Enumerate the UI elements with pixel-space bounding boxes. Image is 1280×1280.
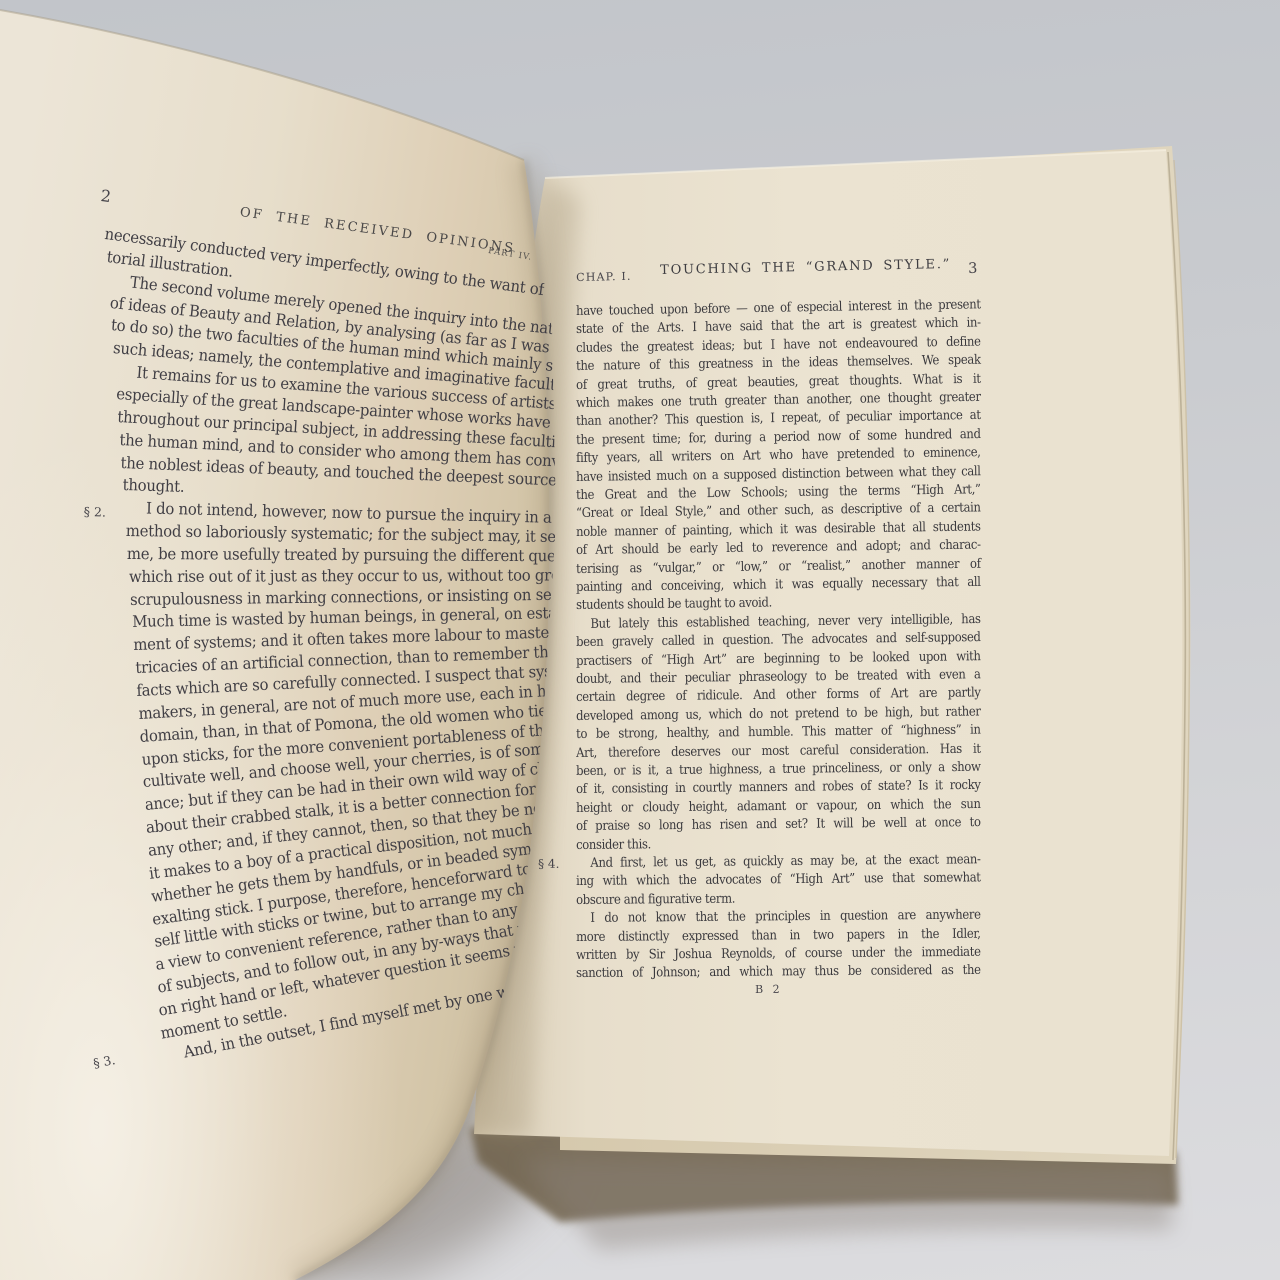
right-running-header: TOUCHING THE “GRAND STYLE.”: [660, 257, 951, 278]
chapter-label: CHAP. I.: [576, 270, 632, 284]
section-marker: § 2.: [84, 504, 107, 520]
right-page-number: 3: [968, 261, 978, 277]
left-page-number: 2: [100, 186, 113, 206]
section-marker: § 3.: [92, 1052, 116, 1071]
text-line: which rise out of it just as they occur …: [129, 565, 574, 586]
signature-mark: B 2: [755, 983, 783, 996]
text-line: me, be more usefully treated by pursuing…: [127, 544, 599, 565]
book-photo: CHAP. I. TOUCHING THE “GRAND STYLE.” 3 §…: [0, 0, 1280, 1280]
text-line: thought.: [122, 475, 184, 496]
part-label: PART IV.: [487, 246, 532, 263]
section-marker: § 4.: [538, 857, 559, 871]
